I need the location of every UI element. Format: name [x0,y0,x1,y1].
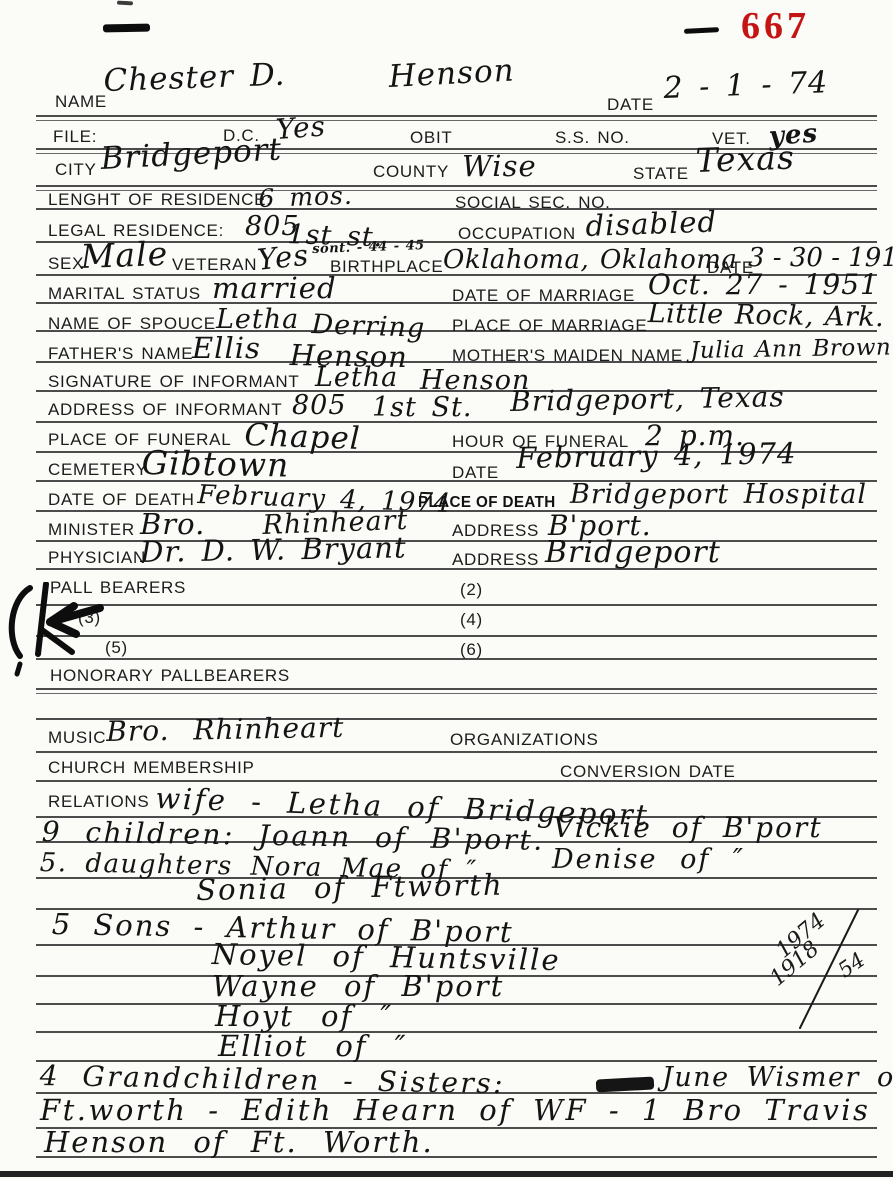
page-number: 667 [741,4,810,48]
music-value: Bro. Rhinheart [106,714,345,746]
sex-value: Male [80,237,169,273]
physician-name-value: Dr. D. W. Bryant [140,533,407,567]
date-of-marriage-label: DATE OF MARRIAGE [452,286,635,306]
form-rule-line-double [36,693,877,694]
relations-grandchildren-right: June Wismer of [662,1064,893,1091]
fathers-name-label: FATHER'S NAME [48,344,193,364]
relations-son-5: Elliot of ″ [218,1032,408,1061]
birthplace-label: BIRTHPLACE [330,257,443,277]
relations-children-right: Vickie of B'port [553,814,823,842]
form-rule-line [36,658,877,660]
occupation-value: disabled [585,207,718,241]
informant-address-street: 1st St. [372,394,472,421]
physician-label: PHYSICIAN [48,548,146,568]
scratched-out-word [596,1076,655,1092]
marital-status-value: married [212,274,337,303]
form-rule-line [36,185,877,187]
relations-son-3: Wayne of B'port [212,972,504,1001]
form-rule-line [36,751,877,753]
top-right-dash [684,27,719,34]
obit-label: OBIT [410,128,452,148]
bottom-scan-edge [0,1171,893,1177]
funeral-date-label: DATE [452,463,499,483]
length-of-residence-value: 6 mos. [258,183,353,211]
scanned-funeral-record-page: 667 NAME Chester D. Henson DATE 2 - 1 - … [0,0,893,1180]
age-calculation-annotation: 1974 1918 54 [762,902,892,1032]
music-label: MUSIC [48,728,106,748]
mothers-maiden-name-label: MOTHER'S MAIDEN NAME [452,346,683,366]
state-label: STATE [633,164,689,184]
city-label: CITY [55,160,97,180]
relations-label: RELATIONS [48,792,149,812]
record-date-label: DATE [607,95,654,115]
name-first-value: Chester D. [103,60,286,97]
occupation-label: OCCUPATION [458,224,576,244]
signature-of-informant-label: SIGNATURE OF INFORMANT [48,372,299,392]
place-of-marriage-label: PLACE OF MARRIAGE [452,316,647,336]
top-left-dash [103,24,150,33]
dc-value: Yes [275,113,327,144]
name-last-value: Henson [388,55,515,93]
organizations-label: ORGANIZATIONS [450,730,599,750]
informant-signature-first: Letha [315,364,398,391]
spouse-first-value: Letha [216,306,299,333]
father-first-value: Ellis [192,334,261,363]
file-label: FILE: [53,127,97,147]
form-rule-line [36,688,877,690]
county-label: COUNTY [373,162,449,182]
form-rule-line [36,604,877,606]
relations-daughter-3: Sonia of Ftworth [196,871,504,905]
form-rule-line [36,1031,877,1033]
place-of-marriage-value: Little Rock, Ark. [648,300,885,331]
cemetery-label: CEMETERY [48,460,148,480]
top-left-speck [117,1,133,6]
minister-address-label: ADDRESS [452,521,539,541]
church-membership-label: CHURCH MEMBERSHIP [48,758,255,778]
informant-address-city: Bridgeport, Texas [510,383,785,416]
name-label: NAME [55,92,107,112]
margin-ink-scribble [0,582,120,682]
minister-label: MINISTER [48,520,135,540]
veteran-value: Yes [256,241,310,275]
conversion-date-label: CONVERSION DATE [560,762,736,782]
state-value: Texas [695,141,795,177]
physician-address-value: Bridgeport [545,538,721,568]
service-years-note: sont. - 44 - 45 [312,239,425,256]
informant-address-number: 805 [292,392,347,419]
cemetery-value: Gibtown [141,446,289,482]
date-of-marriage-value: Oct. 27 - 1951 [648,271,879,299]
form-rule-line [36,115,877,117]
funeral-date-value: February 4, 1974 [516,439,797,473]
relations-son-4: Hoyt of ″ [215,1002,393,1031]
relations-daughters-right: Denise of ″ [552,846,745,873]
ssn-label: S.S. NO. [555,128,630,148]
relations-sisters-line3: Henson of Ft. Worth. [44,1128,434,1157]
pall-bearer-slot-2: (2) [460,580,483,600]
mothers-maiden-name-value: Julia Ann Brown [690,336,891,363]
form-rule-line-double [36,120,877,121]
relations-sisters-line2: Ft.worth - Edith Hearn of WF - 1 Bro Tra… [40,1096,870,1125]
pall-bearer-slot-6: (6) [460,640,483,660]
form-rule-line [36,635,877,637]
place-of-death-value: Bridgeport Hospital [570,481,867,508]
age-calc-result: 54 [834,947,870,982]
sex-label: SEX [48,254,84,274]
pall-bearer-slot-4: (4) [460,610,483,630]
spouse-name-label: NAME OF SPOUCE [48,314,216,334]
marital-status-label: MARITAL STATUS [48,284,201,304]
form-rule-line [36,1003,877,1005]
length-of-residence-label: LENGHT OF RESIDENCE: [48,190,272,210]
physician-address-label: ADDRESS [452,550,539,570]
county-value: Wise [462,152,537,181]
spouse-last-value: Derring [311,311,426,342]
record-date-value: 2 - 1 - 74 [663,68,829,104]
city-value: Bridgeport [100,135,283,175]
